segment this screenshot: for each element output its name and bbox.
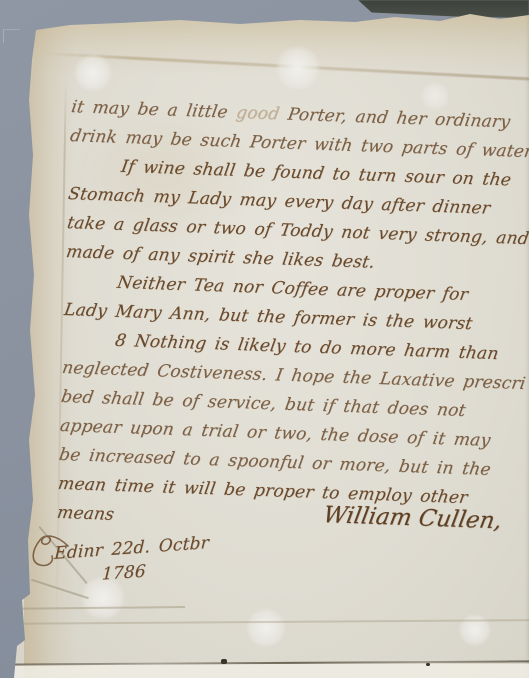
faded-word: good [235,103,281,124]
wax-spot [275,46,321,90]
lower-fold-panel [0,664,529,678]
ink-speck [426,663,430,666]
letter-body: it may be a little good Porter, and her … [55,93,529,544]
backdrop-scratch-mark [3,29,20,43]
letter-page: it may be a little good Porter, and her … [0,0,529,678]
wax-spot [246,608,286,648]
letter-text: Porter, and her ordinary [278,104,512,132]
letter-text: it may be a little [70,97,238,123]
photo-canvas: it may be a little good Porter, and her … [0,0,529,678]
dateline-block: Edinr 22d. Octbr 1786 [52,531,210,590]
wax-spot [74,54,112,92]
ink-speck [221,659,227,664]
